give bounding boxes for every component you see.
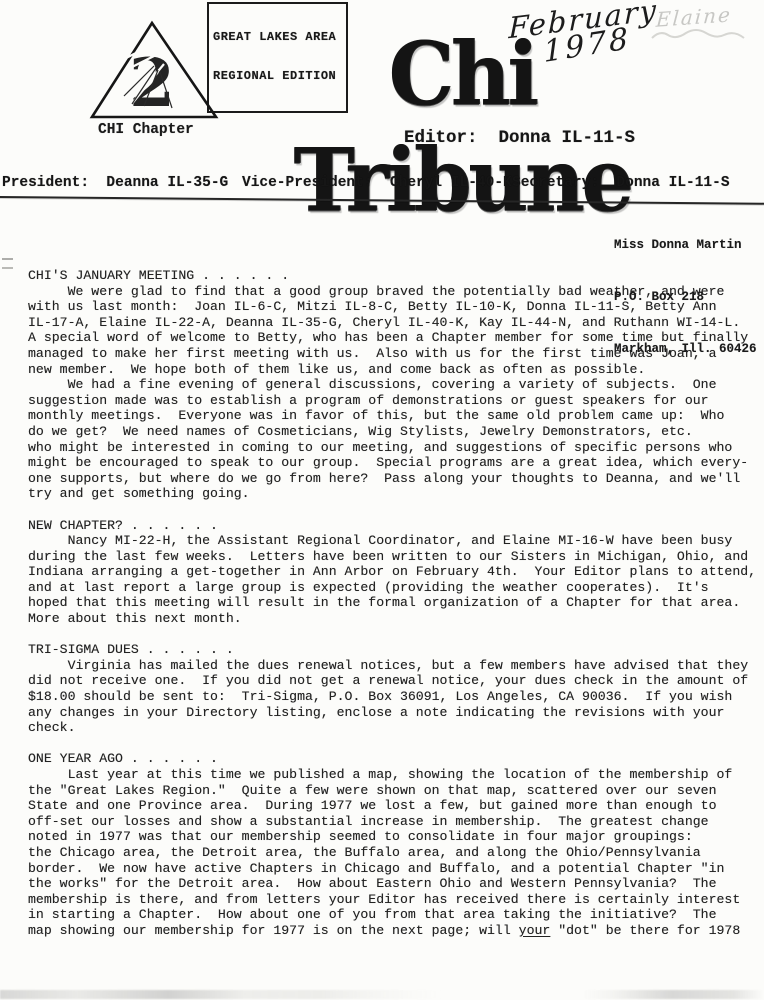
scan-artifact-bottom-edge xyxy=(0,990,764,999)
body-line: hoped that this meeting will result in t… xyxy=(28,595,752,611)
officer-vice-president: Vice-President: Cheryl IL-40-K xyxy=(242,175,512,191)
body-line: noted in 1977 was that our membership se… xyxy=(28,829,752,845)
body-line: new member. We hope both of them like us… xyxy=(28,362,752,378)
section-heading: ONE YEAR AGO . . . . . . xyxy=(28,751,752,767)
body-line: membership is there, and from letters yo… xyxy=(28,892,752,908)
body-line: the works" for the Detroit area. How abo… xyxy=(28,876,752,892)
article-section: ONE YEAR AGO . . . . . . Last year at th… xyxy=(28,751,752,938)
svg-text:2: 2 xyxy=(129,44,175,122)
body-line: A special word of welcome to Betty, who … xyxy=(28,330,752,346)
body-line: one supports, but where do we go from he… xyxy=(28,471,752,487)
chapter-logo: 2 CHI Chapter xyxy=(88,20,228,127)
body-line: suggestion made was to establish a progr… xyxy=(28,393,752,409)
article-section: CHI'S JANUARY MEETING . . . . . . We wer… xyxy=(28,268,752,502)
section-heading: CHI'S JANUARY MEETING . . . . . . xyxy=(28,268,752,284)
body-line: Last year at this time we published a ma… xyxy=(28,767,752,783)
scan-artifact-mark xyxy=(2,258,13,269)
article-section: NEW CHAPTER? . . . . . . Nancy MI-22-H, … xyxy=(28,518,752,627)
article-body: CHI'S JANUARY MEETING . . . . . . We wer… xyxy=(28,268,752,939)
newsletter-page: GREAT LAKES AREA REGIONAL EDITION Februa… xyxy=(0,0,764,1000)
body-line: off-set our losses and show a substantia… xyxy=(28,814,752,830)
body-line: map showing our membership for 1977 is o… xyxy=(28,923,752,939)
body-line: More about this next month. xyxy=(28,611,752,627)
editor-line: Editor: Donna IL-11-S xyxy=(404,128,635,148)
body-line: managed to make her first meeting with u… xyxy=(28,346,752,362)
logo-caption: CHI Chapter xyxy=(98,122,228,138)
officer-president: President: Deanna IL-35-G xyxy=(2,175,228,191)
address-line: Miss Donna Martin xyxy=(614,237,757,254)
body-line: $18.00 should be sent to: Tri-Sigma, P.O… xyxy=(28,689,752,705)
body-line: We were glad to find that a good group b… xyxy=(28,284,752,300)
body-line: IL-17-A, Elaine IL-22-A, Deanna IL-35-G,… xyxy=(28,315,752,331)
body-line: check. xyxy=(28,720,752,736)
body-line: Nancy MI-22-H, the Assistant Regional Co… xyxy=(28,533,752,549)
body-line: any changes in your Directory listing, e… xyxy=(28,705,752,721)
body-text-segment: "dot" be there for 1978 xyxy=(550,923,740,938)
officer-secretary: Secretary: Donna IL-11-S xyxy=(512,175,730,191)
body-line: in starting a Chapter. How about one of … xyxy=(28,907,752,923)
body-line: during the last few weeks. Letters have … xyxy=(28,549,752,565)
body-line: try and get something going. xyxy=(28,486,752,502)
body-text-segment: map showing our membership for 1977 is o… xyxy=(28,923,519,938)
body-line: the Chicago area, the Detroit area, the … xyxy=(28,845,752,861)
body-line: with us last month: Joan IL-6-C, Mitzi I… xyxy=(28,299,752,315)
body-line: Virginia has mailed the dues renewal not… xyxy=(28,658,752,674)
body-line: do we get? We need names of Cosmeticians… xyxy=(28,424,752,440)
body-line: State and one Province area. During 1977… xyxy=(28,798,752,814)
underlined-word: your xyxy=(519,923,551,938)
body-line: the "Great Lakes Region." Quite a few we… xyxy=(28,783,752,799)
section-heading: NEW CHAPTER? . . . . . . xyxy=(28,518,752,534)
body-line: did not receive one. If you did not get … xyxy=(28,673,752,689)
body-line: and at last report a large group is expe… xyxy=(28,580,752,596)
officers-strip: President: Deanna IL-35-G Vice-President… xyxy=(0,175,764,197)
body-line: We had a fine evening of general discuss… xyxy=(28,377,752,393)
body-line: who might be interested in coming to our… xyxy=(28,440,752,456)
body-line: border. We now have active Chapters in C… xyxy=(28,861,752,877)
article-section: TRI-SIGMA DUES . . . . . . Virginia has … xyxy=(28,642,752,736)
body-line: might be encouraged to speak to our grou… xyxy=(28,455,752,471)
body-line: monthly meetings. Everyone was in favor … xyxy=(28,408,752,424)
triangle-logo-icon: 2 xyxy=(88,20,222,122)
body-line: Indiana arranging a get-together in Ann … xyxy=(28,564,752,580)
section-heading: TRI-SIGMA DUES . . . . . . xyxy=(28,642,752,658)
